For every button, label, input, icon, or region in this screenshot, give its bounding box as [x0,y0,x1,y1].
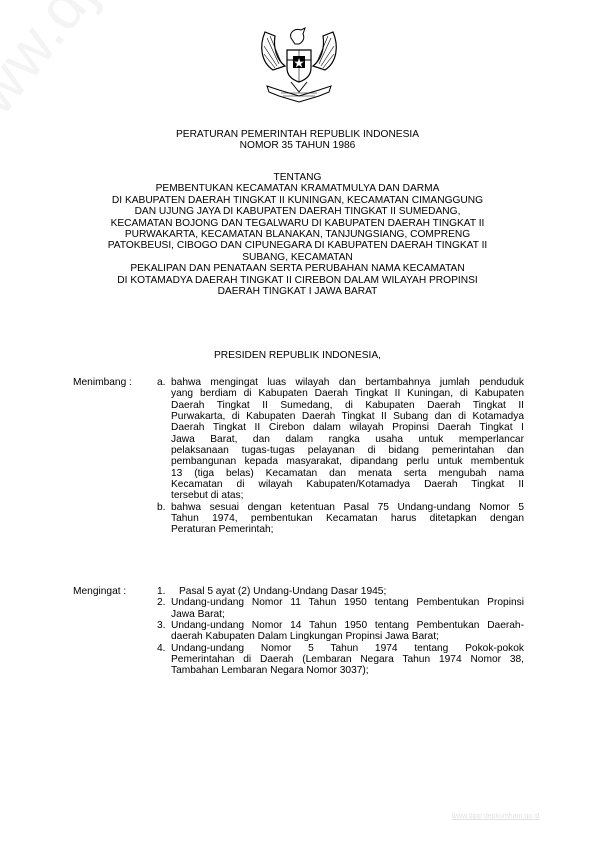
item-marker [157,468,171,479]
item-marker [157,422,171,433]
mengingat-section: Mengingat :1.Pasal 5 ayat (2) Undang-Und… [73,586,524,677]
item-marker [157,445,171,456]
item-text: Undang-undang Nomor 5 Tahun 1974 tentang… [171,643,524,654]
subject-line: DAERAH TINGKAT I JAWA BARAT [60,286,535,297]
item-text: bahwa sesuai dengan ketentuan Pasal 75 U… [171,502,524,513]
menimbang-label [73,400,157,411]
subject-line: PATOKBEUSI, CIBOGO DAN CIPUNEGARA DI KAB… [60,240,535,251]
title-line: NOMOR 35 TAHUN 1986 [60,140,535,151]
item-marker [157,456,171,467]
menimbang-label [73,524,157,535]
menimbang-line: tersebut di atas; [73,490,524,501]
item-text: tersebut di atas; [171,490,524,501]
mengingat-label: Mengingat : [73,586,157,597]
document-page: www.djpp.depkumham.go.id PERATURAN PEMER… [0,0,595,842]
menimbang-line: pelaksanaan tugas-tugas pelayanan di bid… [73,445,524,456]
mengingat-label [73,620,157,631]
menimbang-line: Peraturan Pemerintah; [73,524,524,535]
subject-line: KECAMATAN BOJONG DAN TEGALWARU DI KABUPA… [60,218,535,229]
item-text: Tambahan Lembaran Negara Nomor 3037); [171,665,524,676]
mengingat-label [73,597,157,608]
menimbang-label [73,468,157,479]
mengingat-label [73,643,157,654]
mengingat-label [73,654,157,665]
mengingat-line: Jawa Barat; [73,609,524,620]
menimbang-label [73,434,157,445]
mengingat-line: 2.Undang-undang Nomor 11 Tahun 1950 tent… [73,597,524,608]
item-text: Undang-undang Nomor 11 Tahun 1950 tentan… [171,597,524,608]
menimbang-section: Menimbang :a.bahwa mengingat luas wilaya… [73,377,524,536]
menimbang-line: b.bahwa sesuai dengan ketentuan Pasal 75… [73,502,524,513]
subject-line: PEMBENTUKAN KECAMATAN KRAMATMULYA DAN DA… [60,183,535,194]
subject-line: DAN UJUNG JAYA DI KABUPATEN DAERAH TINGK… [60,206,535,217]
menimbang-line: Menimbang :a.bahwa mengingat luas wilaya… [73,377,524,388]
menimbang-label [73,445,157,456]
menimbang-line: Tahun 1974, pembentukan Kecamatan harus … [73,513,524,524]
subject-line: PURWAKARTA, KECAMATAN BLANAKAN, TANJUNGS… [60,229,535,240]
subject-line: SUBANG, KECAMATAN [60,252,535,263]
president-heading: PRESIDEN REPUBLIK INDONESIA, [60,350,535,361]
item-marker [157,490,171,501]
item-text: Pemerintahan di Daerah (Lembaran Negara … [171,654,524,665]
menimbang-line: Kecamatan di wilayah Kabupaten/Kotamadya… [73,479,524,490]
item-text: Daerah Tingkat II Cirebon dalam wilayah … [171,422,524,433]
item-marker [157,513,171,524]
mengingat-label [73,665,157,676]
item-marker [157,665,171,676]
item-text: 13 (tiga belas) Kecamatan dan menata ser… [171,468,524,479]
mengingat-line: 3.Undang-undang Nomor 14 Tahun 1950 tent… [73,620,524,631]
item-marker [157,631,171,642]
menimbang-label: Menimbang : [73,377,157,388]
item-marker [157,434,171,445]
item-text: Jawa Barat; [171,609,524,620]
menimbang-label [73,479,157,490]
menimbang-label [73,422,157,433]
menimbang-line: Daerah Tingkat II Sumedang, di Kabupaten… [73,400,524,411]
menimbang-line: 13 (tiga belas) Kecamatan dan menata ser… [73,468,524,479]
item-marker: b. [157,502,171,513]
subject-line: DI KOTAMADYA DAERAH TINGKAT II CIREBON D… [60,275,535,286]
menimbang-label [73,411,157,422]
item-marker: 2. [157,597,171,608]
mengingat-label [73,631,157,642]
item-text: Daerah Tingkat II Sumedang, di Kabupaten… [171,400,524,411]
item-marker: 3. [157,620,171,631]
item-marker [157,411,171,422]
mengingat-line: Tambahan Lembaran Negara Nomor 3037); [73,665,524,676]
garuda-emblem-icon [255,22,343,104]
item-marker [157,654,171,665]
item-marker [157,524,171,535]
item-text: yang berdiam di Kabupaten Daerah Tingkat… [171,388,524,399]
item-text: pelaksanaan tugas-tugas pelayanan di bid… [171,445,524,456]
regulation-title: PERATURAN PEMERINTAH REPUBLIK INDONESIA … [60,129,535,152]
item-text: Undang-undang Nomor 14 Tahun 1950 tentan… [171,620,524,631]
regulation-subject: TENTANG PEMBENTUKAN KECAMATAN KRAMATMULY… [60,172,535,297]
item-text: daerah Kabupaten Dalam Lingkungan Propin… [171,631,524,642]
menimbang-line: Purwakarta, di Kabupaten Daerah Tingkat … [73,411,524,422]
mengingat-line: 4.Undang-undang Nomor 5 Tahun 1974 tenta… [73,643,524,654]
item-marker [157,609,171,620]
item-text: Purwakarta, di Kabupaten Daerah Tingkat … [171,411,524,422]
mengingat-line: Mengingat :1.Pasal 5 ayat (2) Undang-Und… [73,586,524,597]
item-text: Tahun 1974, pembentukan Kecamatan harus … [171,513,524,524]
footer-website-link[interactable]: www.djpp.depkumham.go.id [452,813,540,820]
subject-line: DI KABUPATEN DAERAH TINGKAT II KUNINGAN,… [60,195,535,206]
menimbang-line: Daerah Tingkat II Cirebon dalam wilayah … [73,422,524,433]
subject-heading: TENTANG [60,172,535,183]
item-text: Jawa Barat, dan dalam rangka usaha untuk… [171,434,524,445]
subject-line: PEKALIPAN DAN PENATAAN SERTA PERUBAHAN N… [60,263,535,274]
item-marker: a. [157,377,171,388]
item-text: Kecamatan di wilayah Kabupaten/Kotamadya… [171,479,524,490]
menimbang-line: yang berdiam di Kabupaten Daerah Tingkat… [73,388,524,399]
menimbang-line: Jawa Barat, dan dalam rangka usaha untuk… [73,434,524,445]
menimbang-label [73,513,157,524]
mengingat-line: Pemerintahan di Daerah (Lembaran Negara … [73,654,524,665]
item-marker: 4. [157,643,171,654]
item-text: Pasal 5 ayat (2) Undang-Undang Dasar 194… [171,586,524,597]
mengingat-label [73,609,157,620]
title-line: PERATURAN PEMERINTAH REPUBLIK INDONESIA [60,129,535,140]
menimbang-label [73,456,157,467]
menimbang-line: pembangunan kepada masyarakat, dipandang… [73,456,524,467]
item-marker [157,388,171,399]
item-text: bahwa mengingat luas wilayah dan bertamb… [171,377,524,388]
menimbang-label [73,388,157,399]
item-marker [157,479,171,490]
mengingat-line: daerah Kabupaten Dalam Lingkungan Propin… [73,631,524,642]
item-text: Peraturan Pemerintah; [171,524,524,535]
menimbang-label [73,502,157,513]
item-text: pembangunan kepada masyarakat, dipandang… [171,456,524,467]
item-marker [157,400,171,411]
menimbang-label [73,490,157,501]
